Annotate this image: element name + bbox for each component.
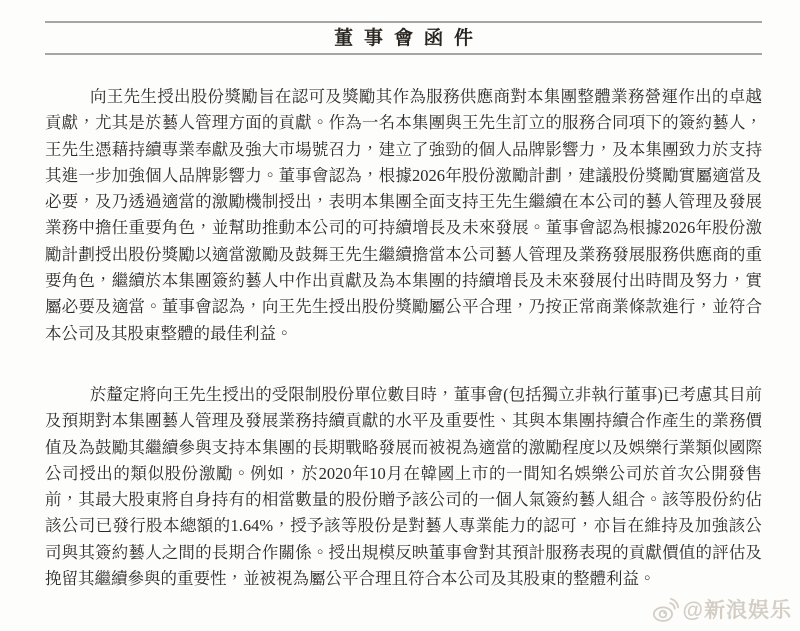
watermark: @新浪娱乐 — [652, 594, 792, 624]
board-letter: 董事會函件 向王先生授出股份獎勵旨在認可及獎勵其作為服務供應商對本集團整體業務營… — [45, 21, 762, 592]
document-page: 董事會函件 向王先生授出股份獎勵旨在認可及獎勵其作為服務供應商對本集團整體業務營… — [0, 0, 800, 631]
letter-body: 向王先生授出股份獎勵旨在認可及獎勵其作為服務供應商對本集團整體業務營運作出的卓越… — [45, 84, 762, 592]
title-rule-bottom — [45, 53, 762, 55]
body-paragraph: 於釐定將向王先生授出的受限制股份單位數目時，董事會(包括獨立非執行董事)已考慮其… — [45, 382, 762, 592]
page-title: 董事會函件 — [45, 23, 762, 53]
watermark-handle: @新浪娱乐 — [683, 594, 792, 624]
body-paragraph: 向王先生授出股份獎勵旨在認可及獎勵其作為服務供應商對本集團整體業務營運作出的卓越… — [45, 84, 762, 347]
weibo-icon — [652, 596, 679, 623]
